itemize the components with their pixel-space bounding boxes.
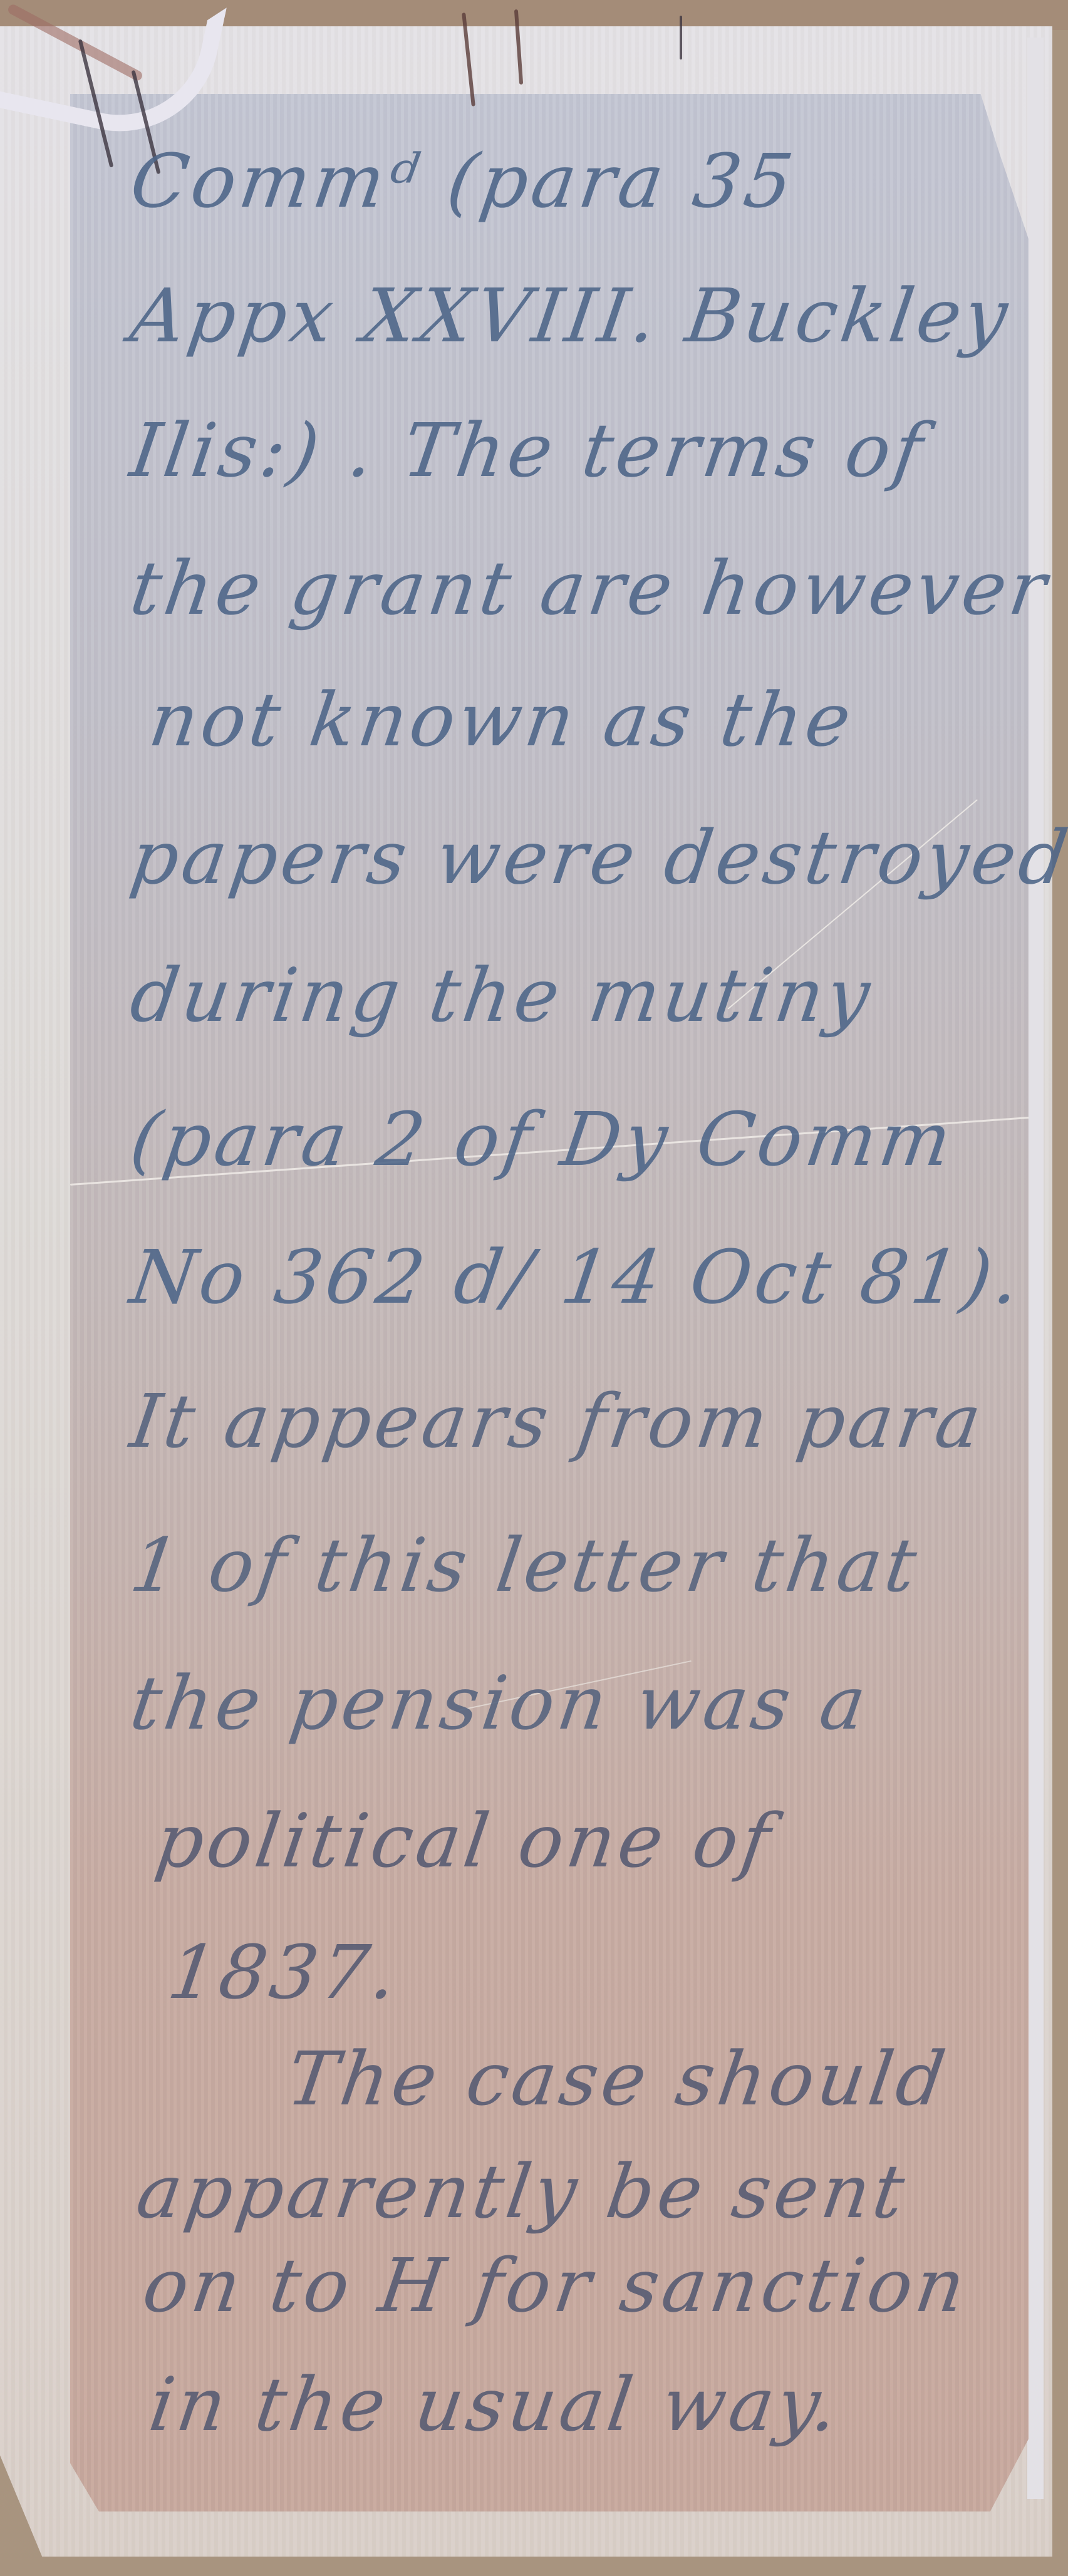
handwriting-line: Commᵈ (para 35: [127, 144, 1014, 218]
handwriting-line: not known as the: [145, 683, 1033, 757]
handwriting-line: the pension was a: [127, 1666, 1014, 1740]
handwriting-line: apparently be sent: [133, 2154, 1020, 2228]
handwriting-line: The case should: [283, 2042, 1068, 2116]
pencil-mark: [680, 16, 682, 59]
handwriting-line: 1 of this letter that: [127, 1528, 1014, 1602]
handwriting-line: papers were destroyed: [127, 820, 1014, 894]
handwriting-line: on to H for sanction: [139, 2248, 1027, 2322]
handwriting-line: Ilis:) . The terms of: [127, 413, 1014, 487]
handwriting-line: political one of: [152, 1804, 1039, 1878]
handwriting-line: No 362 d/ 14 Oct 81).: [127, 1240, 1014, 1314]
handwriting-line: the grant are however: [127, 551, 1014, 625]
handwriting-line: in the usual way.: [145, 2367, 1033, 2441]
handwriting-line: (para 2 of Dy Comm: [127, 1102, 1014, 1176]
handwriting-line: Appx XXVIII. Buckley: [127, 279, 1014, 353]
board-edge: [1027, 38, 1044, 2499]
handwriting-line: It appears from para: [127, 1384, 1014, 1458]
handwriting-line: during the mutiny: [127, 958, 1014, 1032]
handwriting-line: 1837.: [164, 1935, 1052, 2009]
